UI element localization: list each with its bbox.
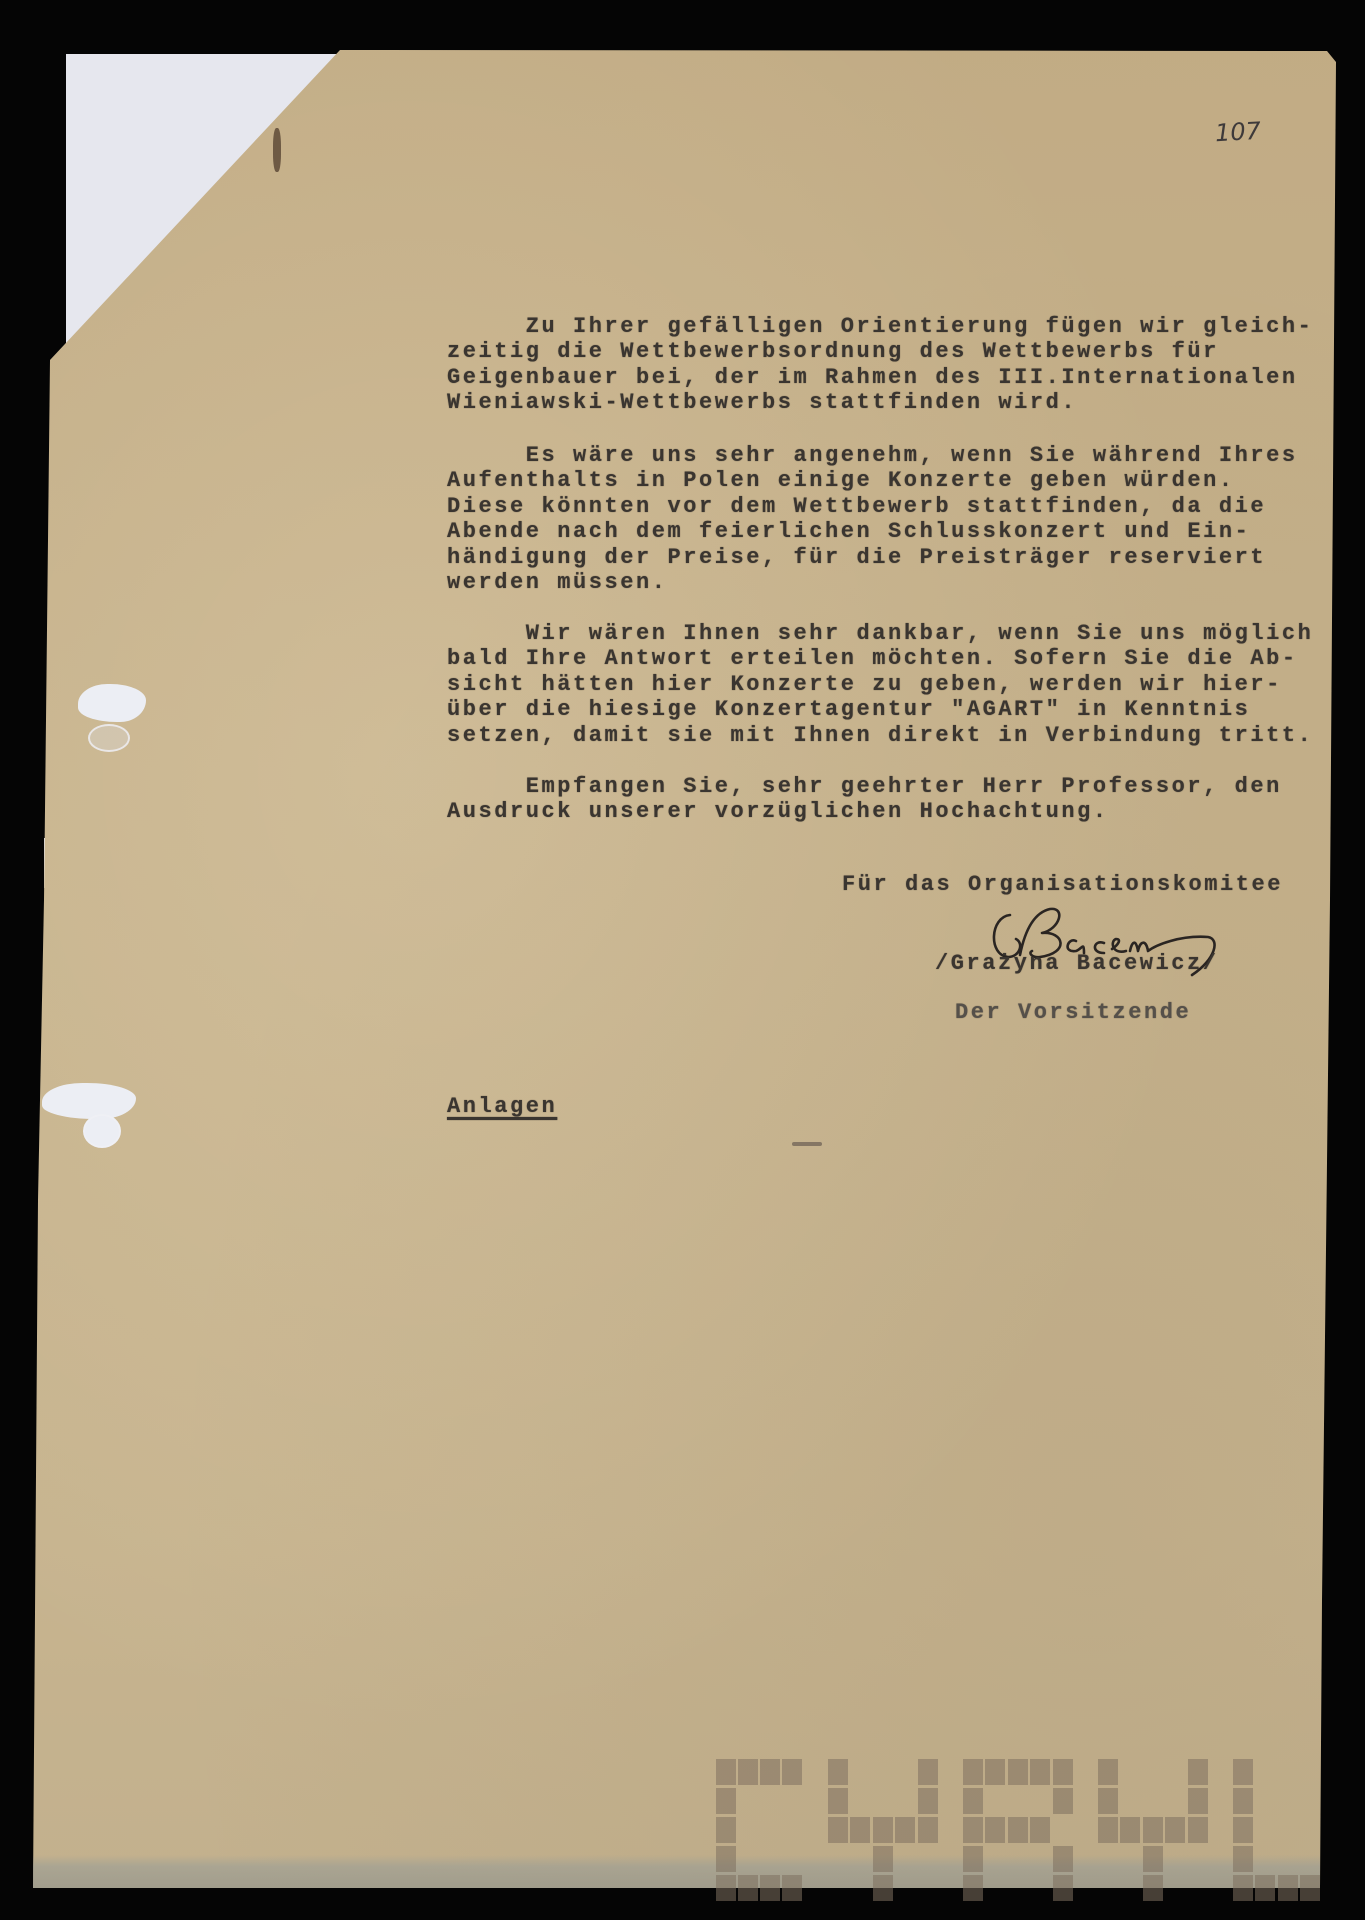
text-line: Geigenbauer bei, der im Rahmen des III.I… [447,365,1298,391]
punch-hole-torn-top [78,684,146,722]
punch-hole-round-top [88,724,130,752]
text-line: Aufenthalts in Polen einige Konzerte geb… [447,468,1235,494]
text-line: Wieniawski-Wettbewerbs stattfinden wird. [447,390,1077,416]
text-line: Zu Ihrer gefälligen Orientierung fügen w… [447,314,1313,340]
signatory-title: Der Vorsitzende [955,1000,1191,1026]
text-line: Diese könnten vor dem Wettbewerb stattfi… [447,494,1266,520]
text-line: über die hiesige Konzertagentur "AGART" … [447,697,1250,723]
punch-hole-round-bottom [83,1114,121,1148]
text-line: Abende nach dem feierlichen Schlusskonze… [447,519,1250,545]
punch-hole-torn-bottom [42,1083,136,1119]
text-line: werden müssen. [447,570,668,596]
text-line: sicht hätten hier Konzerte zu geben, wer… [447,672,1282,698]
text-line: Wir wären Ihnen sehr dankbar, wenn Sie u… [447,621,1313,647]
text-line: zeitig die Wettbewerbsordnung des Wettbe… [447,339,1219,365]
signatory-name: /Grażyna Bacewicz/ [935,951,1219,977]
stray-mark [792,1142,822,1146]
text-line: setzen, damit sie mit Ihnen direkt in Ve… [447,723,1313,749]
text-line: Ausdruck unserer vorzüglichen Hochachtun… [447,799,1109,825]
text-line: Es wäre uns sehr angenehm, wenn Sie währ… [447,443,1298,469]
text-line: händigung der Preise, für die Preisträge… [447,545,1266,571]
text-line: bald Ihre Antwort erteilen möchten. Sofe… [447,646,1298,672]
text-line: Empfangen Sie, sehr geehrter Herr Profes… [447,774,1282,800]
attachments-label: Anlagen [447,1094,557,1120]
page-number: 107 [1214,117,1261,147]
ink-stain [273,128,281,172]
organization-line: Für das Organisationskomitee [842,872,1283,898]
paper-bottom-shade [33,1855,1320,1888]
